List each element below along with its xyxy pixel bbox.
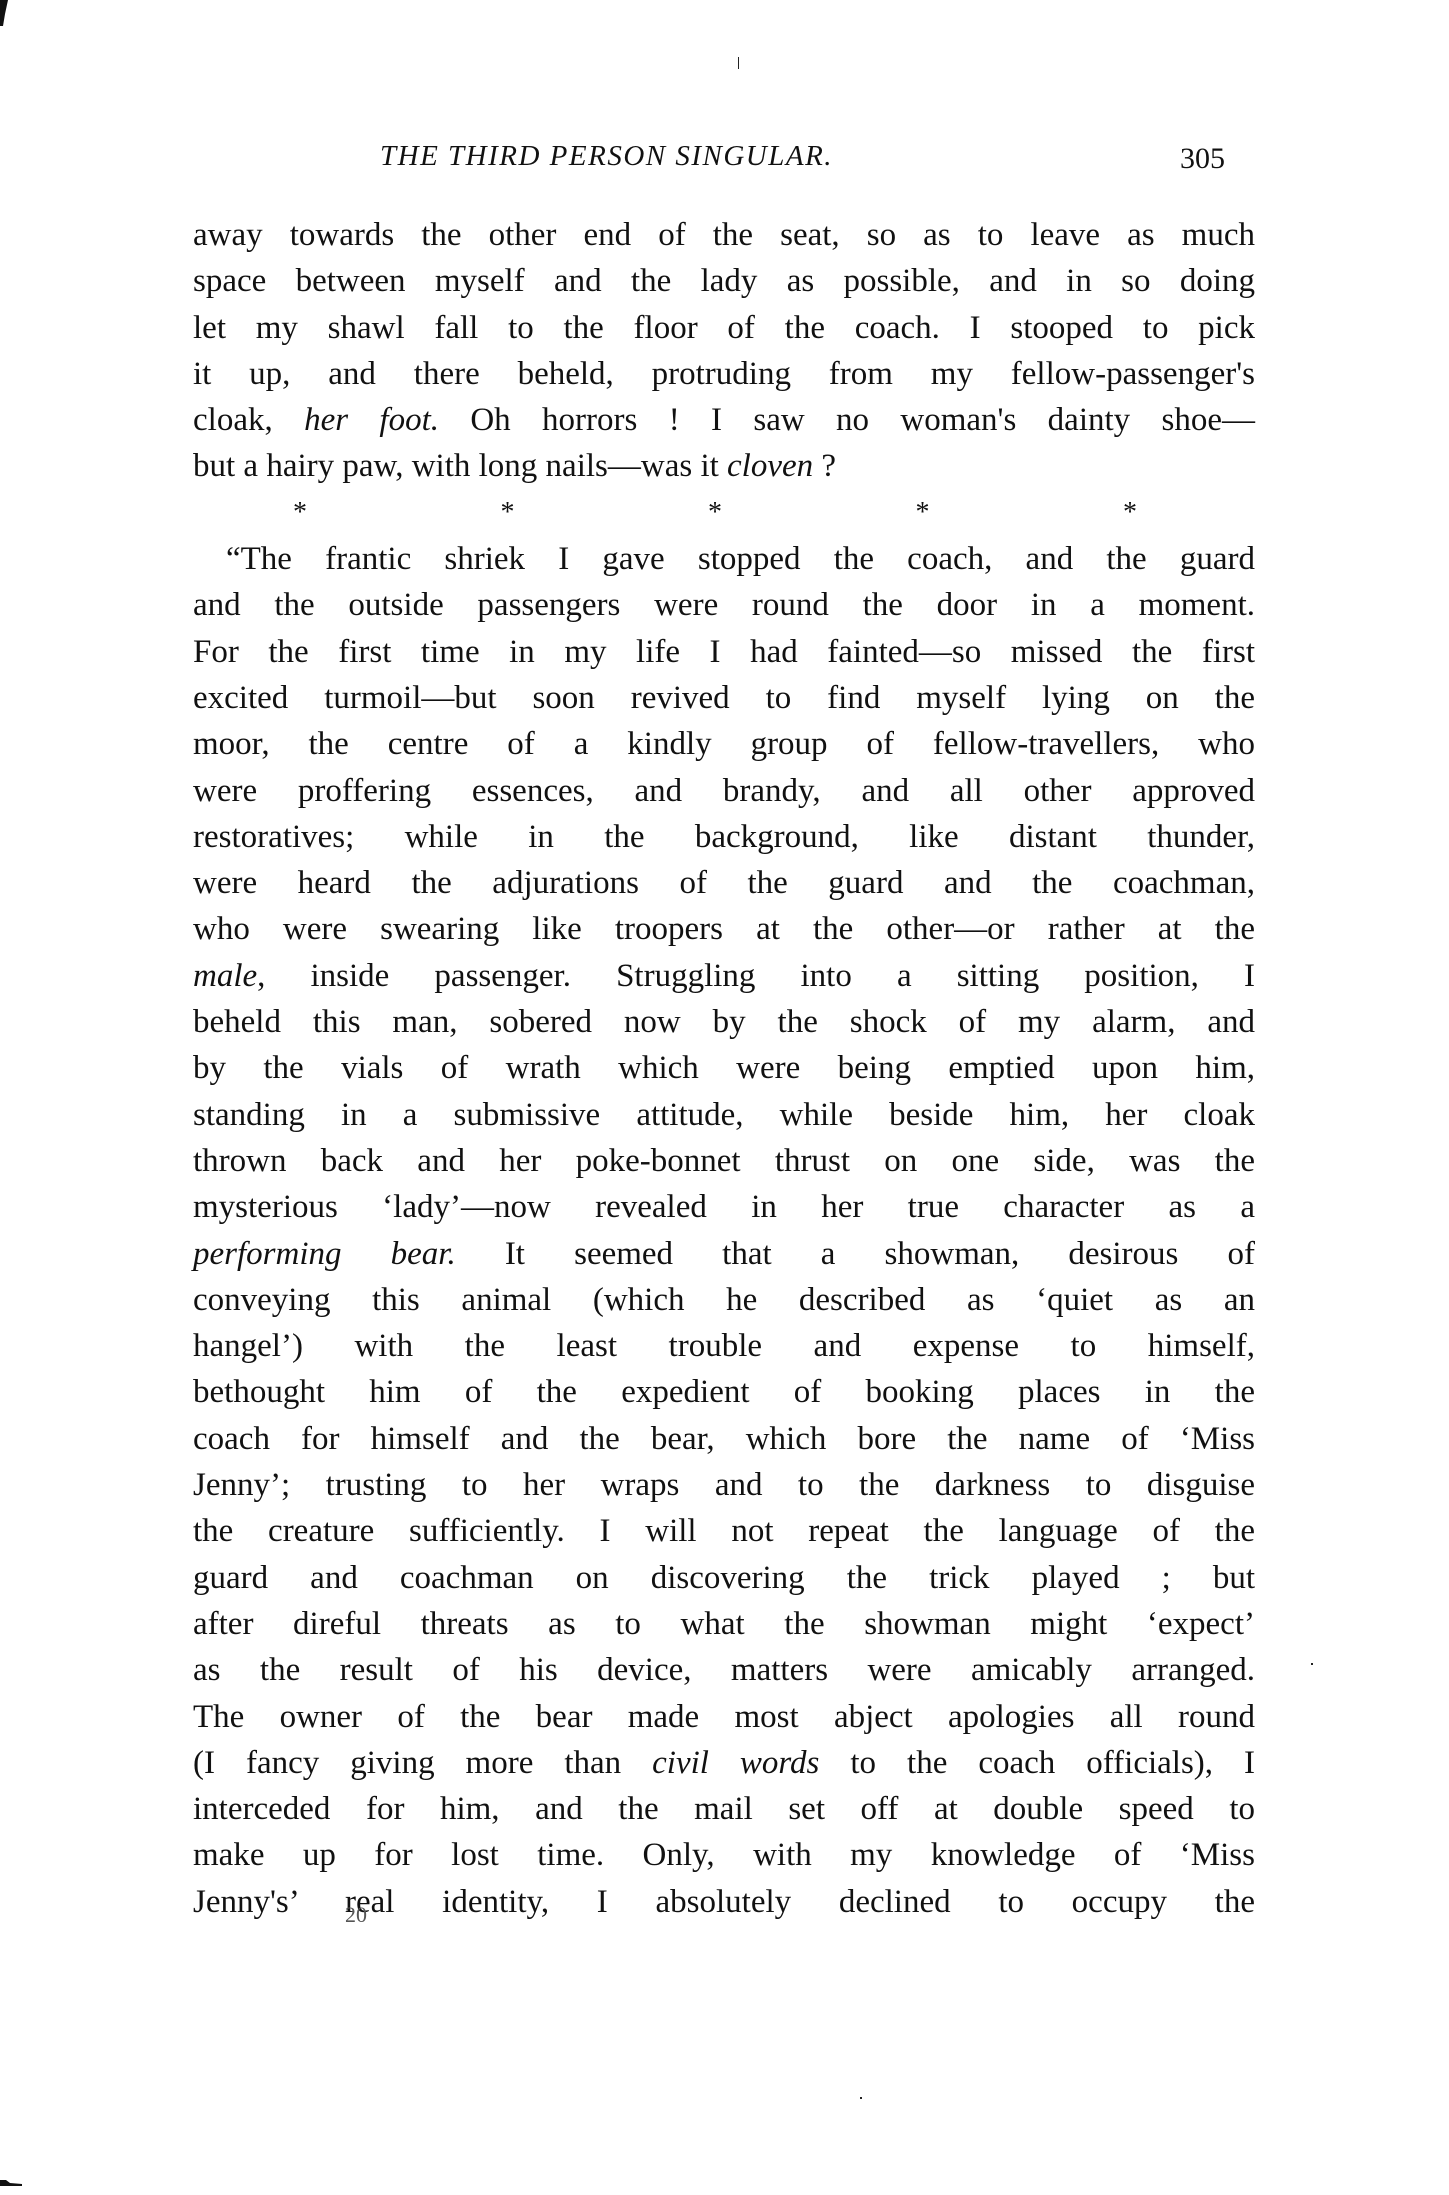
text-line: away towards the other end of the seat, … [193,212,1255,258]
emphasis: performing bear. [193,1236,456,1272]
scan-edge-mark-icon [0,2180,22,2186]
asterisk: * [1123,490,1137,536]
text-line: “The frantic shriek I gave stopped the c… [193,536,1255,582]
emphasis: male [193,958,257,994]
text-line: mysterious ‘lady’—now revealed in her tr… [193,1184,1255,1230]
text-line: male, inside passenger. Struggling into … [193,953,1255,999]
text-line: Jenny’; trusting to her wraps and to the… [193,1462,1255,1508]
text-line: were proffering essences, and brandy, an… [193,768,1255,814]
asterisk: * [708,490,722,536]
running-title: THE THIRD PERSON SINGULAR. [380,140,833,173]
text-line: standing in a submissive attitude, while… [193,1092,1255,1138]
text-line: were heard the adjurations of the guard … [193,860,1255,906]
text-line: restoratives; while in the background, l… [193,814,1255,860]
text-line: the creature sufficiently. I will not re… [193,1508,1255,1554]
text-line: let my shawl fall to the floor of the co… [193,305,1255,351]
text-line: hangel’) with the least trouble and expe… [193,1323,1255,1369]
text-line: but a hairy paw, with long nails—was it … [193,443,1255,489]
text-line: thrown back and her poke-bonnet thrust o… [193,1138,1255,1184]
text-line: after direful threats as to what the sho… [193,1601,1255,1647]
text-line: and the outside passengers were round th… [193,582,1255,628]
emphasis: her foot. [304,402,439,438]
text-line: guard and coachman on discovering the tr… [193,1555,1255,1601]
scan-edge-mark-icon [0,0,8,26]
text-line: by the vials of wrath which were being e… [193,1045,1255,1091]
text-line: cloak, her foot. Oh horrors ! I saw no w… [193,397,1255,443]
text-line: For the first time in my life I had fain… [193,629,1255,675]
text-line: coach for himself and the bear, which bo… [193,1416,1255,1462]
text-line: who were swearing like troopers at the o… [193,906,1255,952]
asterisk: * [501,490,515,536]
scan-speck [860,2097,862,2099]
text-line: conveying this animal (which he describe… [193,1277,1255,1323]
text-line: as the result of his device, matters wer… [193,1647,1255,1693]
paragraph-continued: away towards the other end of the seat, … [193,212,1255,490]
section-break: * * * * * [193,490,1255,536]
paragraph: “The frantic shriek I gave stopped the c… [193,536,1255,1925]
asterisk: * [293,490,307,536]
text-line: interceded for him, and the mail set off… [193,1786,1255,1832]
text-line: make up for lost time. Only, with my kno… [193,1832,1255,1878]
scan-speck [738,57,739,69]
scan-speck [1311,1663,1313,1665]
text-line: performing bear. It seemed that a showma… [193,1231,1255,1277]
text-line: excited turmoil—but soon revived to find… [193,675,1255,721]
text-line: The owner of the bear made most abject a… [193,1694,1255,1740]
signature-mark: 20 [345,1902,367,1928]
emphasis: cloven [727,448,813,484]
emphasis: civil words [652,1745,819,1781]
text-line: it up, and there beheld, protruding from… [193,351,1255,397]
text-line: beheld this man, sobered now by the shoc… [193,999,1255,1045]
text-line: space between myself and the lady as pos… [193,258,1255,304]
page-number: 305 [1180,142,1225,176]
page-body: away towards the other end of the seat, … [193,212,1255,1925]
text-line: (I fancy giving more than civil words to… [193,1740,1255,1786]
text-line: bethought him of the expedient of bookin… [193,1369,1255,1415]
text-line: moor, the centre of a kindly group of fe… [193,721,1255,767]
asterisk: * [916,490,930,536]
